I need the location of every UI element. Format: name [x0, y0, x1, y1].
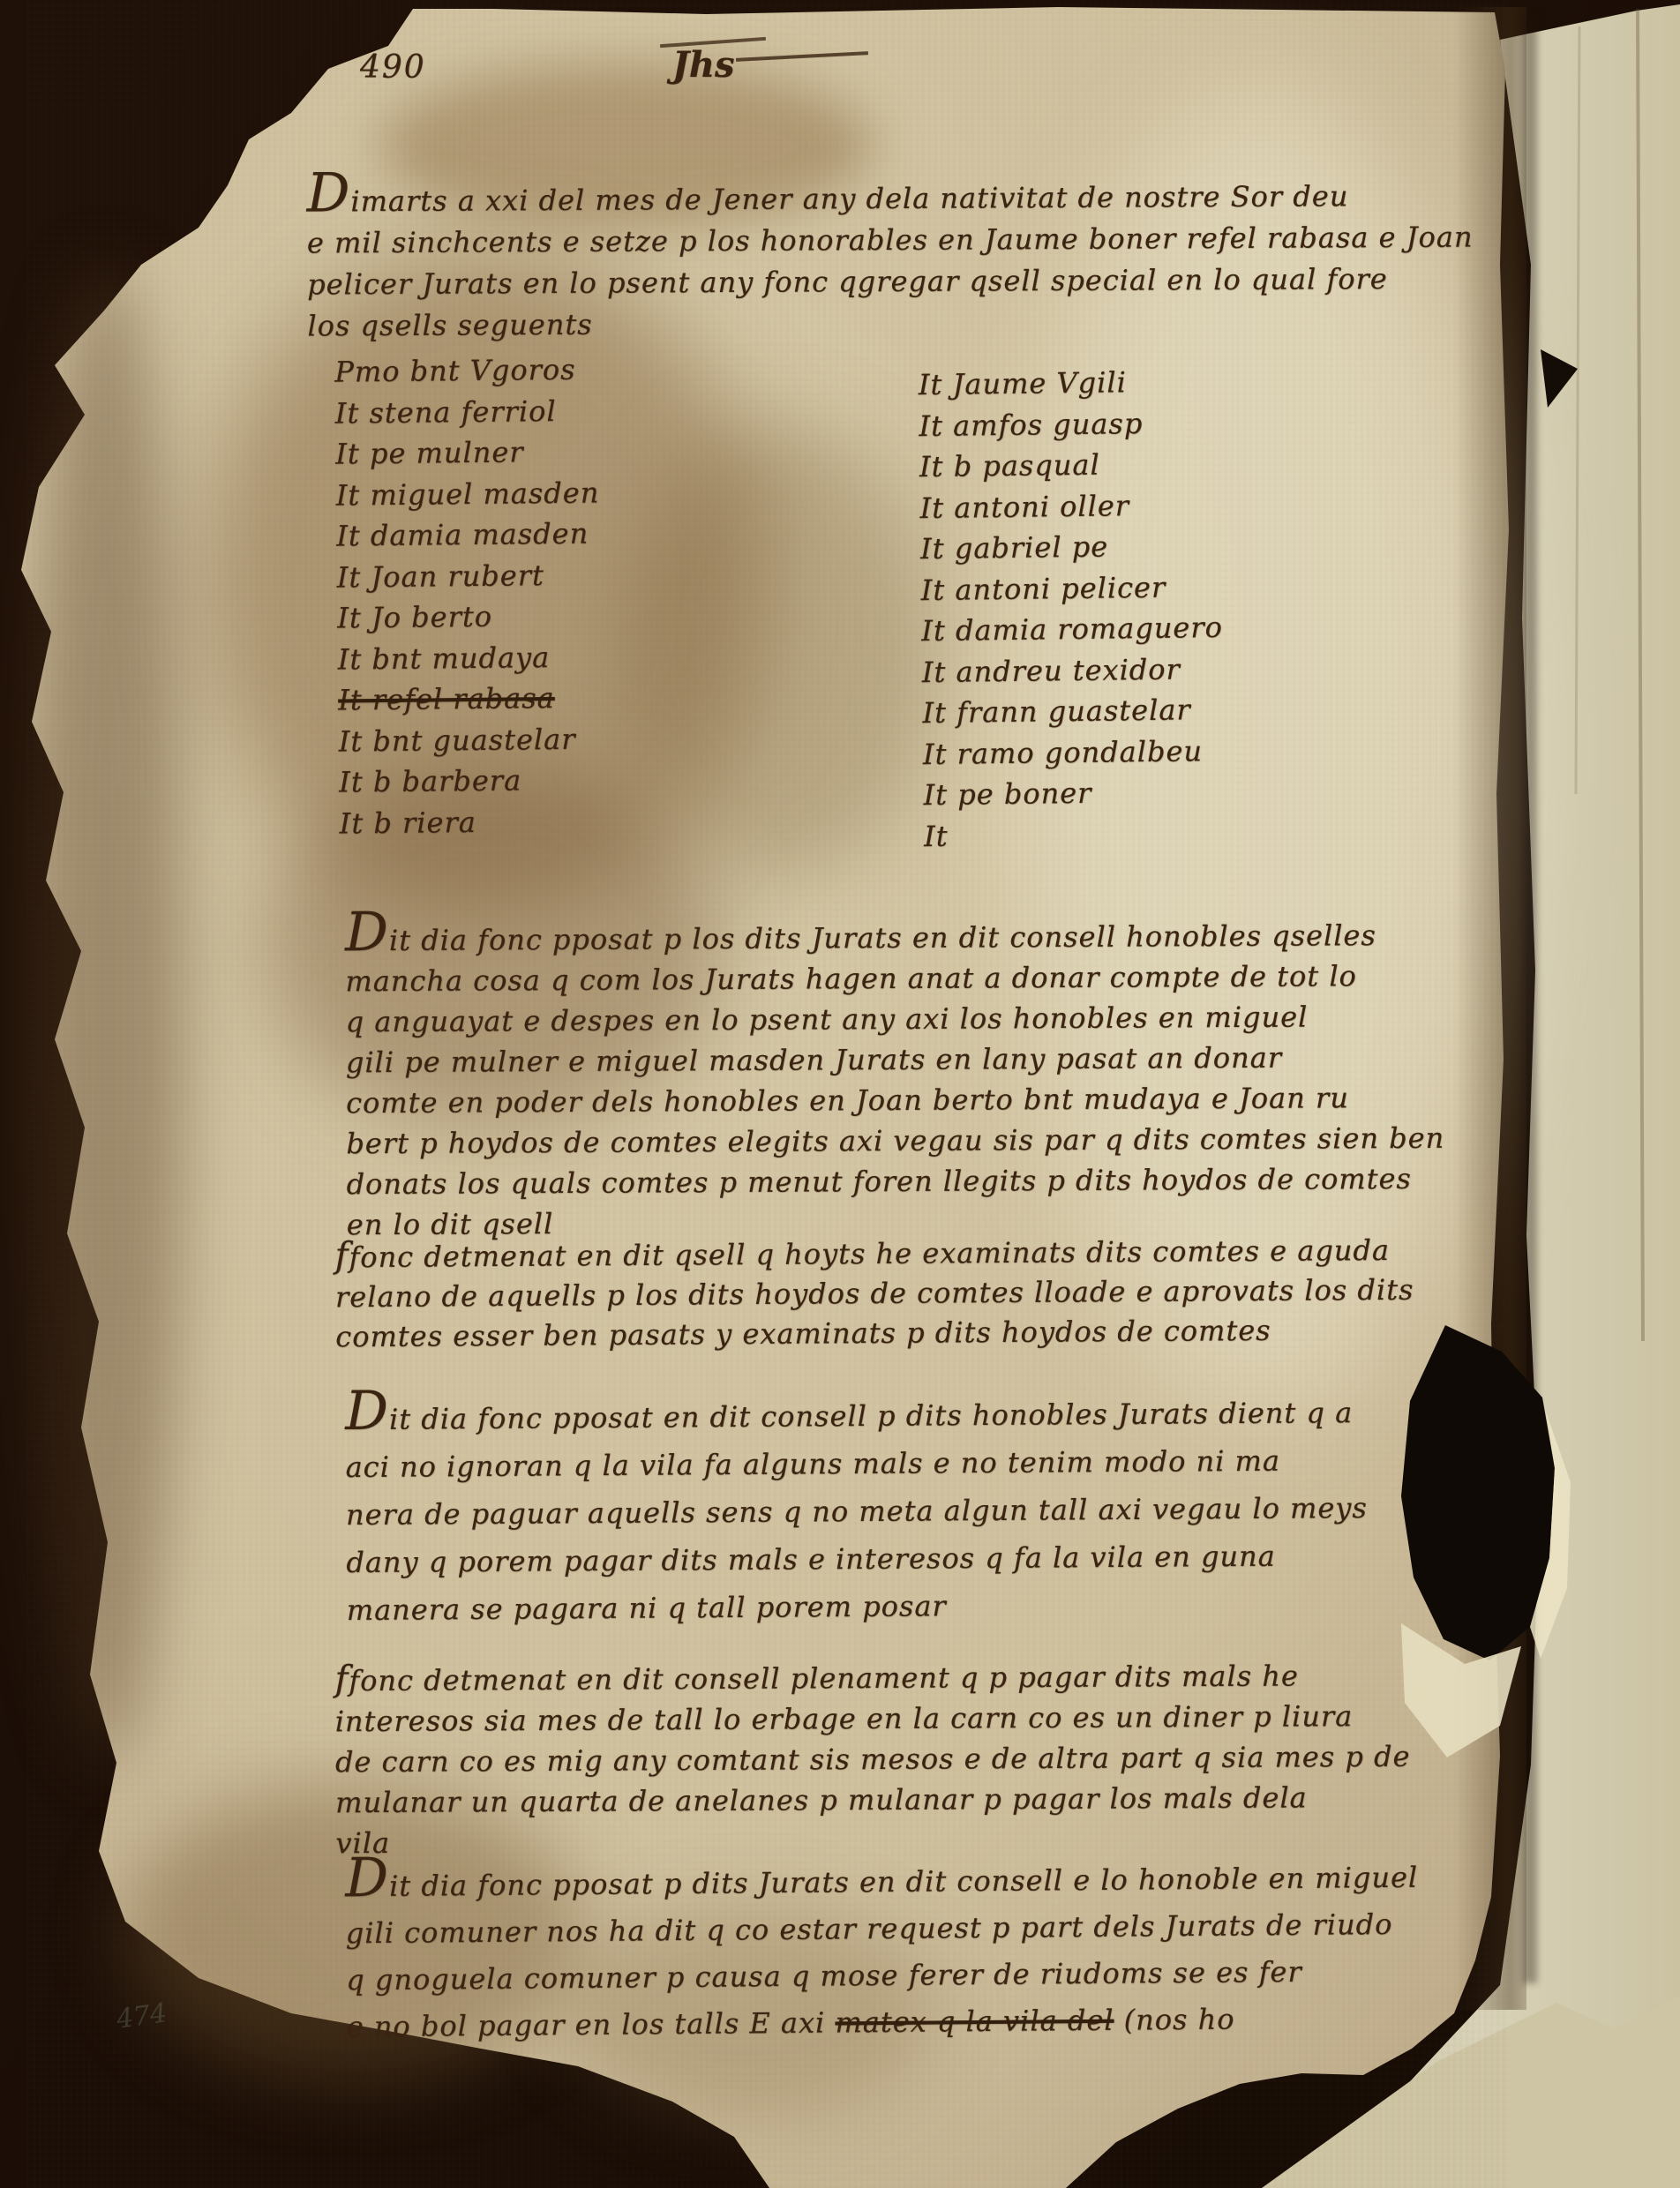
tear-hole — [1401, 1325, 1555, 1660]
small-tear-top-right — [1541, 349, 1578, 408]
adjacent-page-crease-2 — [1576, 26, 1579, 794]
tear-overlays — [0, 0, 1680, 2188]
manuscript-photo: 490 Jhs Dimarts a xxi del mes de Jener a… — [0, 0, 1680, 2188]
adjacent-page-crease — [1638, 9, 1643, 1341]
